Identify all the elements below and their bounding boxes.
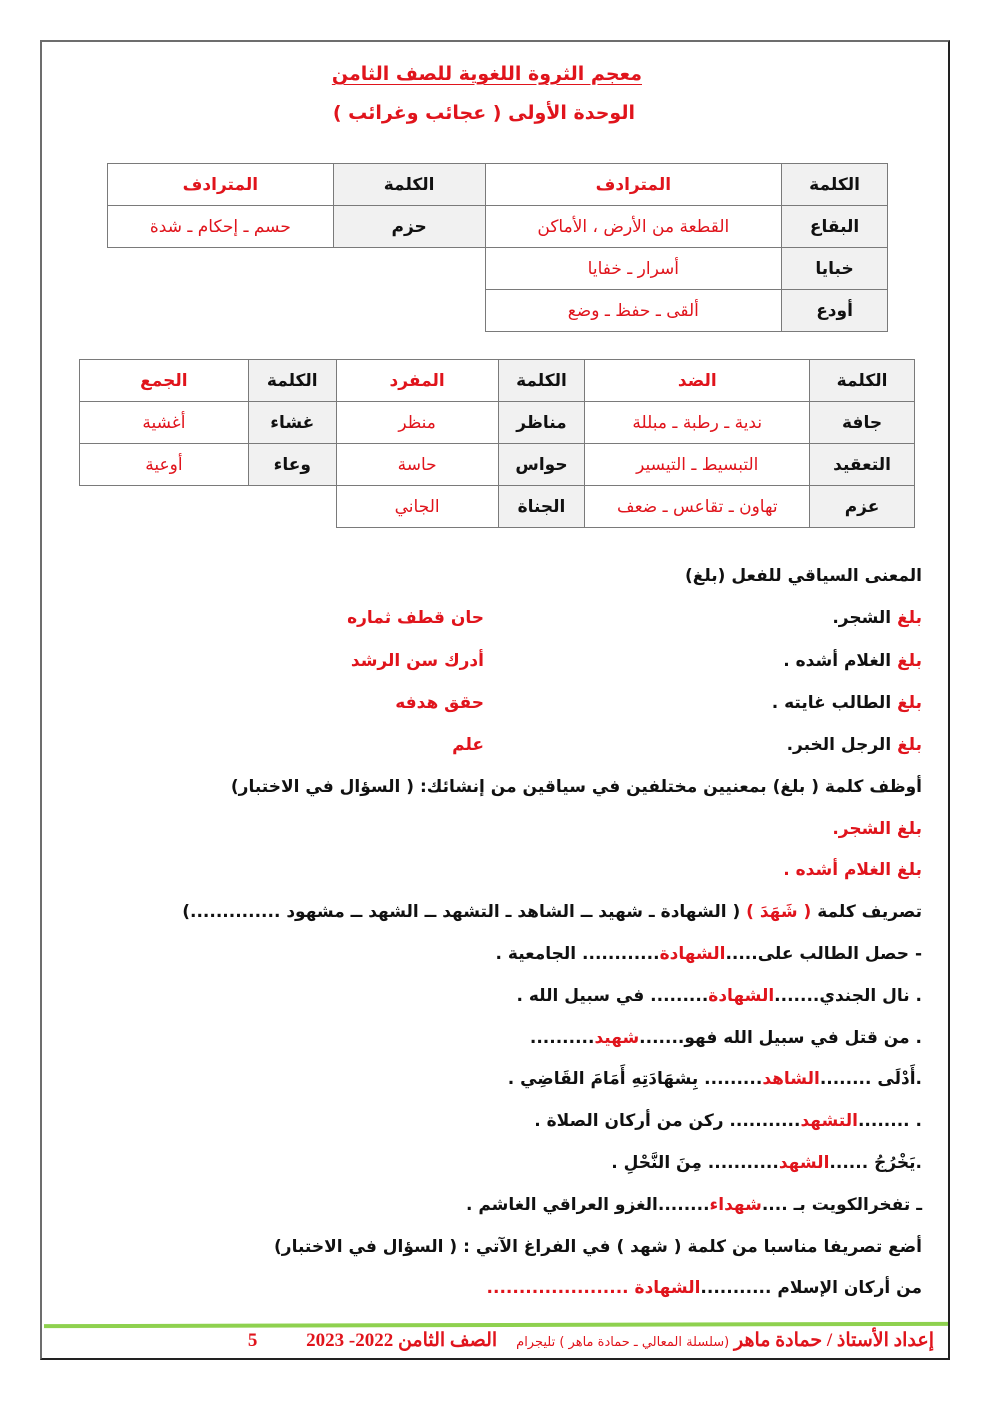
table-row: جافة ندية ـ رطبة ـ مبللة مناظر منظر غشاء… [80,402,915,444]
sentence-before: - حصل الطالب على..... [725,944,922,964]
verb: بلغ [897,651,922,671]
table-row: التعقيد التبسيط ـ التيسير حواس حاسة وعاء… [80,444,915,486]
sentence-before: .يَخْرُجُ ...... [829,1153,922,1173]
fill-answer: الشهادة [635,1278,701,1298]
table-row: البقاع القطعة من الأرض ، الأماكن حزم حسم… [108,206,888,248]
fill-answer-line: من أركان الإسلام ...........الشهادة ....… [487,1278,922,1298]
derivation-sentence: ـ تفخرالكويت بـ ....شهداء........الغزو ا… [466,1195,922,1215]
context-meaning: حان قطف ثماره [347,608,484,628]
word-cell: حزم [333,206,485,248]
word-cell: التعقيد [810,444,915,486]
derivation-sentence: .أَدْلَى ........الشاهد......... بِشهَاد… [508,1069,922,1089]
header-synonym: المترادف [108,164,334,206]
antonym-cell: تهاون ـ تقاعس ـ ضعف [585,486,810,528]
sentence-answer: الشهادة [708,986,774,1006]
context-meaning: حقق هدفه [395,693,484,713]
footer-grade: الصف الثامن 2022- 2023 [306,1330,497,1351]
unit-subtitle: الوحدة الأولى ( عجائب وغرائب ) [333,102,635,124]
table-row: أودع ألقى ـ حفظ ـ وضع [108,290,888,332]
sentence-after: ........الغزو العراقي الغاشم . [466,1195,710,1215]
word-cell: الجناة [498,486,585,528]
derivation-sentence: . نال الجندي.......الشهادة......... في س… [516,986,922,1006]
word-cell: جافة [810,402,915,444]
verb: بلغ [897,735,922,755]
synonym-cell: حسم ـ إحكام ـ شدة [108,206,334,248]
sentence-after: ............ الجامعية . [496,944,660,964]
context-meaning: علم [452,735,484,755]
sentence-after: ......... في سبيل الله . [516,986,708,1006]
sentence-before: . ........ [858,1111,922,1131]
sentence-answer: الشهد [779,1153,830,1173]
sentence-rest: الشجر. [832,608,897,628]
plural-cell: أوعية [80,444,249,486]
word-cell: عزم [810,486,915,528]
table-row: عزم تهاون ـ تقاعس ـ ضعف الجناة الجاني [80,486,915,528]
table-header-row: الكلمة الضد الكلمة المفرد الكلمة الجمع [80,360,915,402]
sentence-answer: الشهادة [660,944,726,964]
empty-cell [108,290,486,332]
word-cell: وعاء [248,444,336,486]
plural-cell: أغشية [80,402,249,444]
sentence-answer: التشهد [800,1111,858,1131]
word-cell: غشاء [248,402,336,444]
header-word: الكلمة [782,164,888,206]
footer-channel: (سلسلة المعالي ـ حمادة ماهر ) تليجرام [516,1335,729,1350]
header-word: الكلمة [248,360,336,402]
sentence-before: .أَدْلَى ........ [820,1069,922,1089]
word-cell: خبايا [782,248,888,290]
page-number: 5 [248,1330,258,1351]
derivation-sentence: . ........التشهد........... ركن من أركان… [534,1111,922,1131]
header-word: الكلمة [333,164,485,206]
sentence-after: ........... مِنَ النَّحْلِ . [611,1153,779,1173]
contextual-meaning-heading: المعنى السياقي للفعل (بلغ) [685,566,922,586]
header-singular: المفرد [336,360,498,402]
verb: بلغ [897,608,922,628]
sentence-before: . نال الجندي....... [774,986,922,1006]
footer: إعداد الأستاذ / حمادة ماهر (سلسلة المعال… [248,1329,934,1352]
singular-cell: منظر [336,402,498,444]
sentence-answer: الشاهد [762,1069,820,1089]
sentence-answer: شهيد [594,1028,639,1048]
word-cell: مناظر [498,402,585,444]
forms-table: الكلمة الضد الكلمة المفرد الكلمة الجمع ج… [79,359,915,528]
derivation-prefix: تصريف كلمة [811,902,922,922]
usage-question: أوظف كلمة ( بلغ) بمعنيين مختلفين في سياق… [231,777,922,797]
synonym-cell: القطعة من الأرض ، الأماكن [485,206,782,248]
derivation-sentence: .يَخْرُجُ ......الشهد........... مِنَ ال… [611,1153,922,1173]
derivation-sentence: - حصل الطالب على.....الشهادة............… [496,944,922,964]
sentence-after: ........... ركن من أركان الصلاة . [534,1111,800,1131]
derivation-root: ( شَهَدَ ) [746,902,811,922]
word-cell: أودع [782,290,888,332]
synonyms-table: الكلمة المترادف الكلمة المترادف البقاع ا… [107,163,888,332]
sentence-rest: الطالب غايته . [772,693,897,713]
antonym-cell: التبسيط ـ التيسير [585,444,810,486]
header-antonym: الضد [585,360,810,402]
word-cell: حواس [498,444,585,486]
derivation-sentence: . من قتل في سبيل الله فهو.......شهيد....… [530,1028,922,1048]
header-word: الكلمة [810,360,915,402]
synonym-cell: أسرار ـ خفايا [485,248,782,290]
sentence-after: ......... بِشهَادَتِهِ أَمَامَ القَاضِي … [508,1069,763,1089]
context-sentence: بلغ الرجل الخبر. [787,735,922,755]
usage-answer: بلغ الشجر. [832,819,922,839]
context-sentence: بلغ الغلام أشده . [783,651,922,671]
fill-after: ...................... [487,1278,635,1298]
verb: بلغ [897,693,922,713]
header-word: الكلمة [498,360,585,402]
usage-answer: بلغ الغلام أشده . [783,860,922,880]
antonym-cell: ندية ـ رطبة ـ مبللة [585,402,810,444]
derivation-options: ( الشهادة ـ شهيد ــ الشاهد ـ التشهد ــ ا… [182,902,746,922]
fill-question: أضع تصريفا مناسبا من كلمة ( شهد ) في الف… [274,1237,922,1257]
empty-cell [108,248,486,290]
sentence-before: ـ تفخرالكويت بـ .... [762,1195,922,1215]
header-plural: الجمع [80,360,249,402]
sentence-before: . من قتل في سبيل الله فهو....... [639,1028,922,1048]
context-meaning: أدرك سن الرشد [351,651,484,671]
word-cell: البقاع [782,206,888,248]
footer-author: إعداد الأستاذ / حمادة ماهر [734,1330,934,1351]
singular-cell: الجاني [336,486,498,528]
context-sentence: بلغ الطالب غايته . [772,693,922,713]
singular-cell: حاسة [336,444,498,486]
table-header-row: الكلمة المترادف الكلمة المترادف [108,164,888,206]
sentence-rest: الرجل الخبر. [787,735,897,755]
sentence-answer: شهداء [710,1195,762,1215]
page-title: معجم الثروة اللغوية للصف الثامن [332,63,642,85]
sentence-after: .......... [530,1028,595,1048]
empty-cell [80,486,337,528]
context-sentence: بلغ الشجر. [832,608,922,628]
header-synonym: المترادف [485,164,782,206]
synonym-cell: ألقى ـ حفظ ـ وضع [485,290,782,332]
table-row: خبايا أسرار ـ خفايا [108,248,888,290]
sentence-rest: الغلام أشده . [783,651,897,671]
derivation-heading: تصريف كلمة ( شَهَدَ ) ( الشهادة ـ شهيد ـ… [182,902,922,922]
fill-before: من أركان الإسلام ........... [700,1278,922,1298]
